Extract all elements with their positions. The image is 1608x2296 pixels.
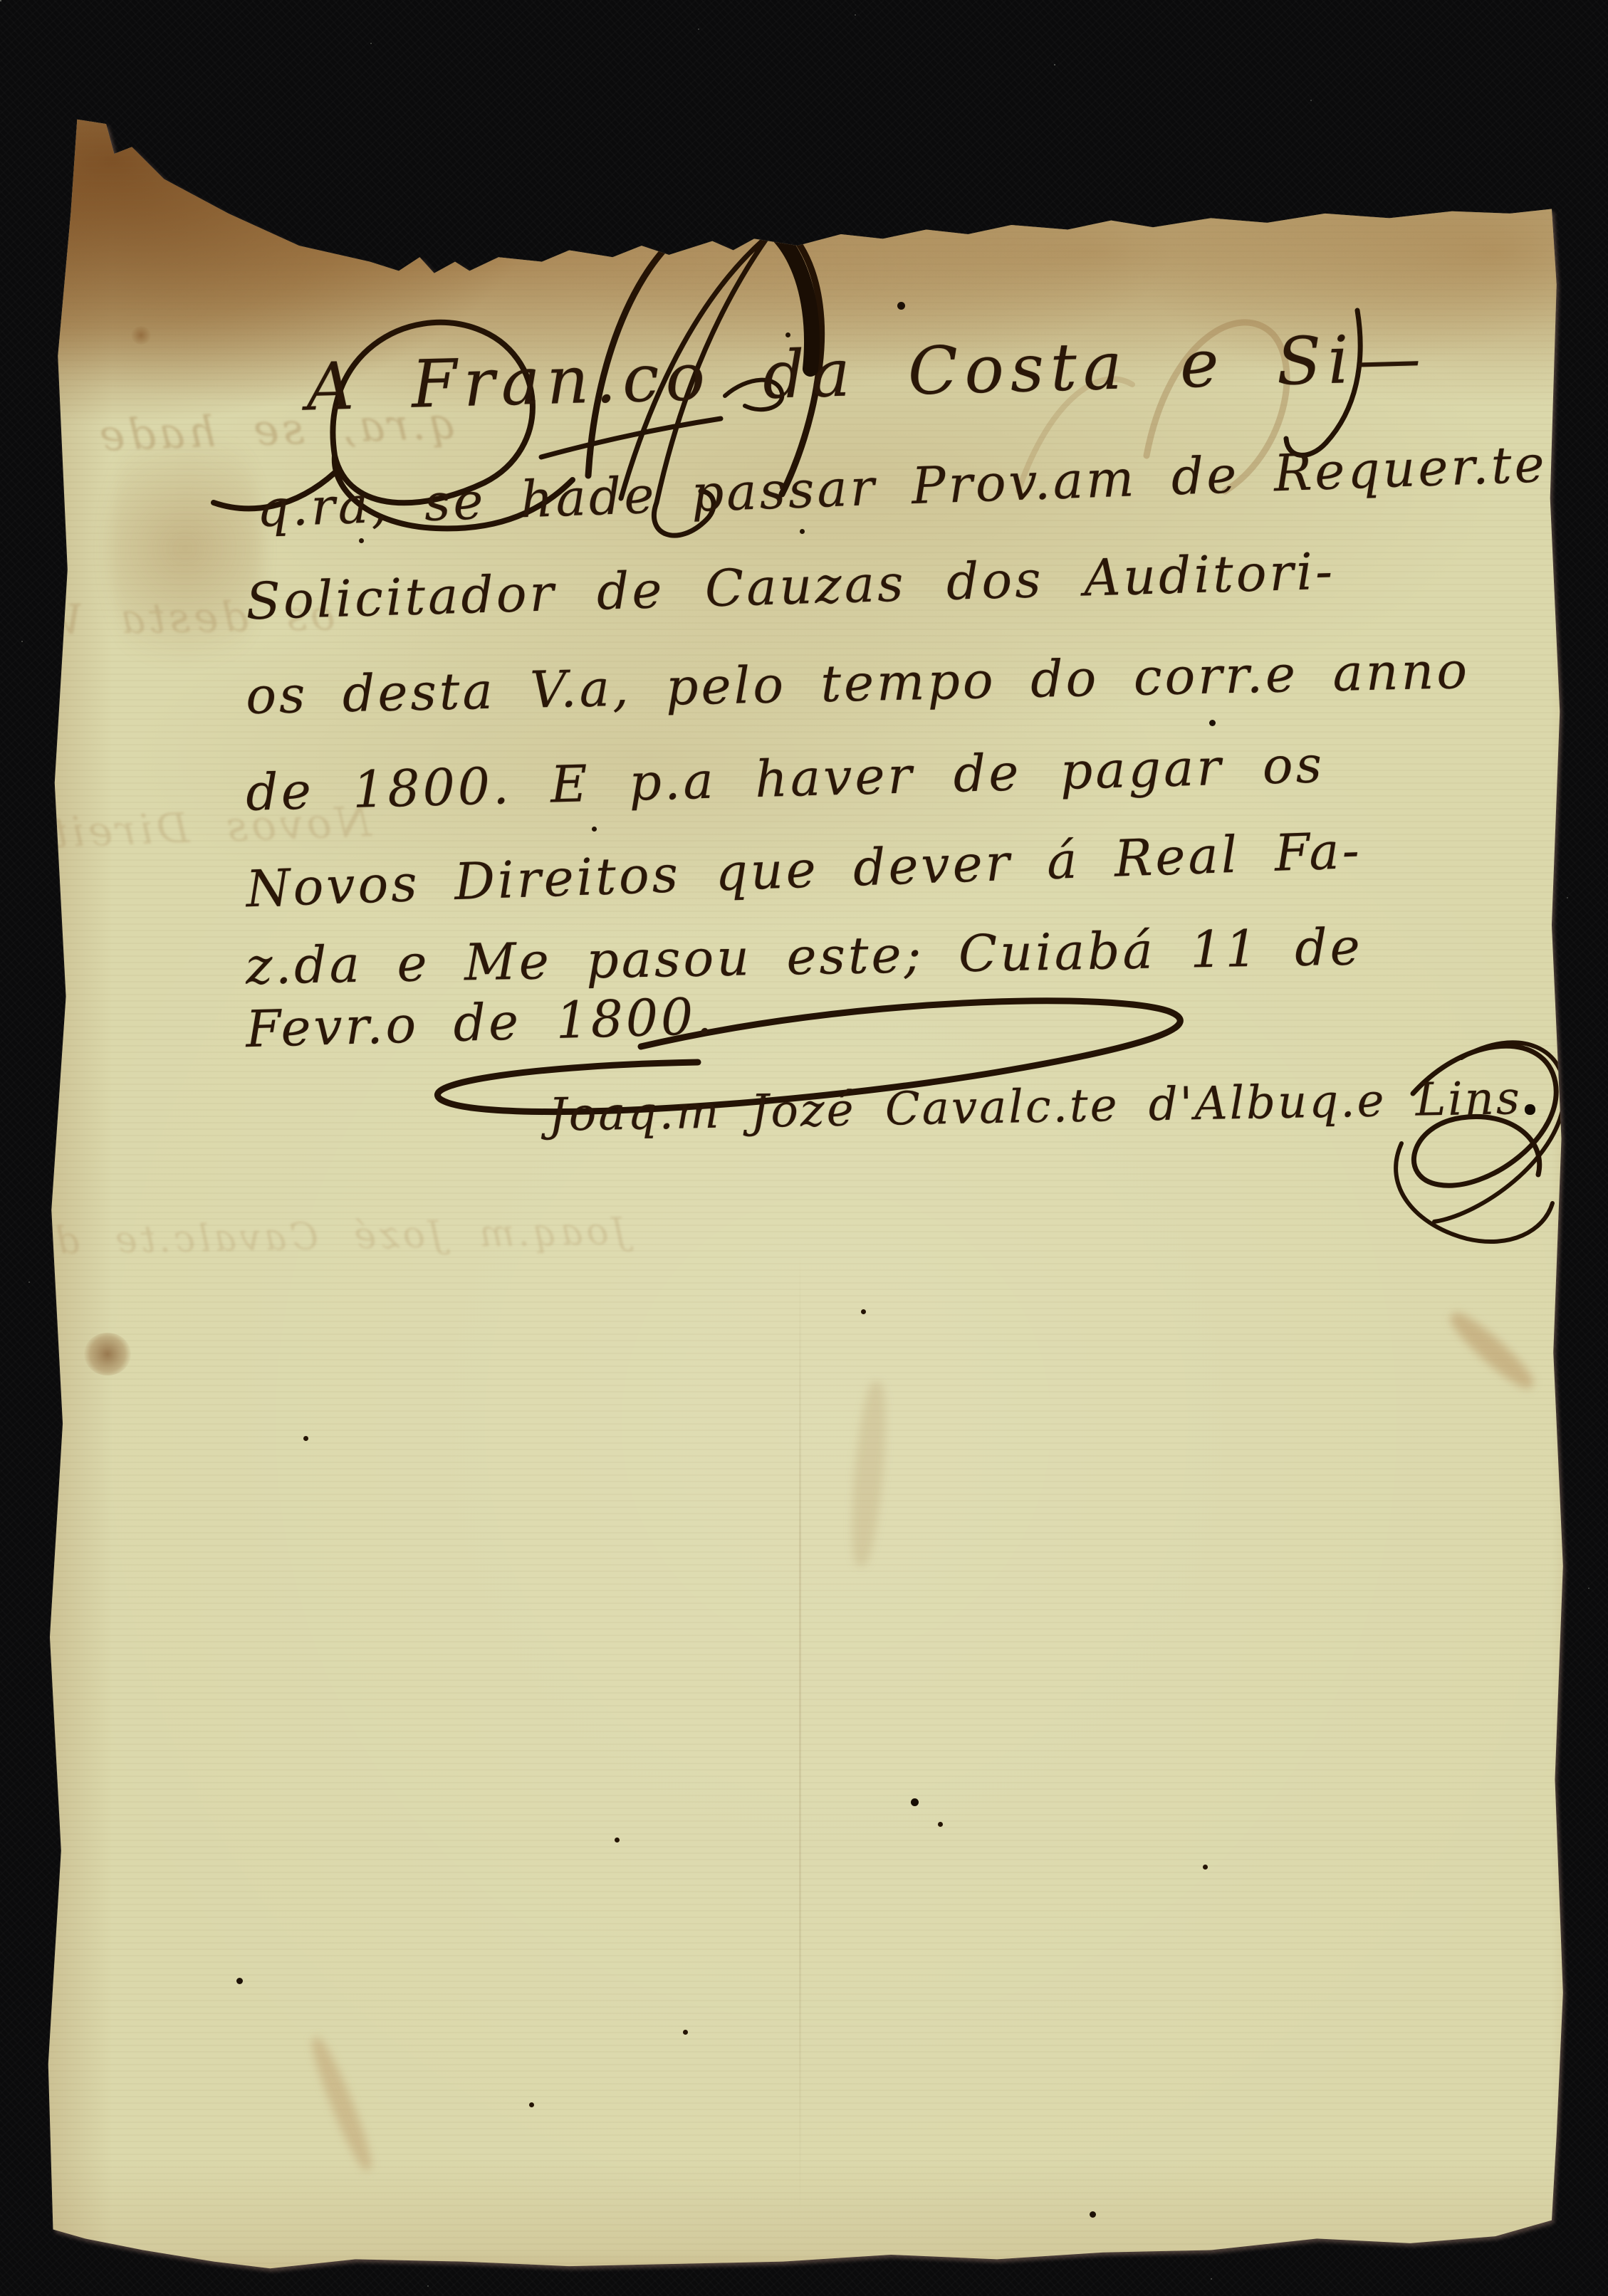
- manuscript-paper: q.ra, se hade passar Prov.am de Requer.t…: [0, 0, 1608, 2296]
- photograph: q.ra, se hade passar Prov.am de Requer.t…: [0, 0, 1608, 2296]
- ink-specks: [498, 250, 502, 253]
- paper-wrapper: q.ra, se hade passar Prov.am de Requer.t…: [0, 0, 1608, 2296]
